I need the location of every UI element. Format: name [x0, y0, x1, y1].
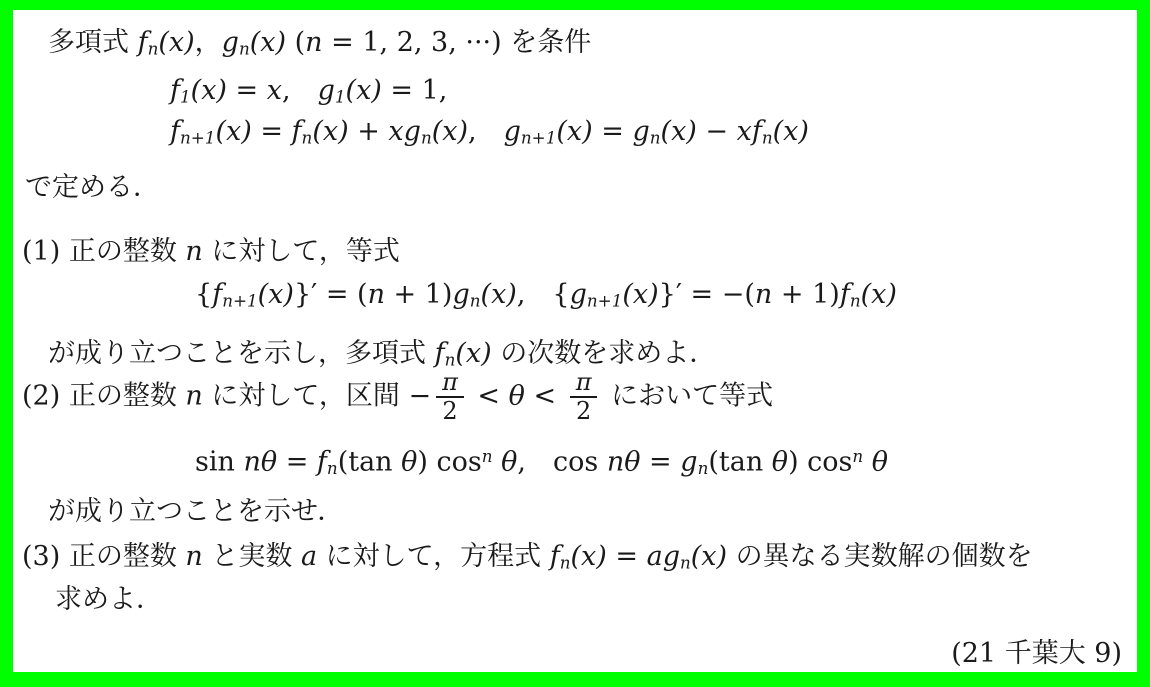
math-segment: (x)	[622, 279, 658, 310]
math-segment: xg	[388, 116, 421, 147]
text-segment: ,	[282, 75, 318, 106]
text-segment: , {	[517, 279, 570, 310]
text-segment: 多項式	[48, 27, 138, 58]
math-segment: (x)	[346, 75, 382, 106]
math-segment: x	[267, 75, 282, 106]
math-segment: g	[504, 116, 521, 147]
text-segment: }′ = (	[294, 279, 368, 310]
math-segment: f	[435, 338, 445, 369]
text-segment: −	[697, 116, 737, 147]
text-segment: + 1)	[772, 279, 840, 310]
math-segment: n	[470, 291, 481, 311]
text-segment: に対して，区間	[203, 381, 409, 412]
math-segment: 1	[335, 87, 346, 107]
math-segment: n	[560, 553, 571, 573]
math-segment: (x)	[250, 27, 286, 58]
text-segment: ，	[195, 27, 222, 58]
text-segment: ) cos	[788, 446, 852, 477]
math-segment: n	[185, 381, 202, 412]
math-segment: (x)	[481, 279, 517, 310]
math-segment: n	[368, 279, 385, 310]
math-segment: n	[698, 458, 709, 478]
fraction-numerator: π	[570, 370, 598, 396]
citation: (21 千葉大 9)	[951, 636, 1122, 672]
math-segment: xf	[737, 116, 762, 147]
math-segment: n	[421, 128, 432, 148]
math-segment: g	[452, 279, 469, 310]
part2-statement: (2) 正の整数 n に対して，区間 −π2 < θ < π2 において等式	[22, 370, 773, 424]
math-segment: nθ	[243, 446, 277, 477]
math-segment: n	[305, 27, 322, 58]
initial-conditions-equation: f1(x) = x, g1(x) = 1,	[170, 73, 447, 115]
text-segment: ,	[468, 116, 504, 147]
math-segment: (x)	[556, 116, 592, 147]
math-segment: (x)	[455, 338, 491, 369]
math-segment: n	[302, 128, 313, 148]
math-segment: n	[482, 446, 493, 466]
text-segment: =	[252, 116, 292, 147]
text-segment: (1) 正の整数	[22, 236, 185, 267]
math-segment: g	[570, 279, 587, 310]
intro-line: 多項式 fn(x)，gn(x) (n = 1, 2, 3, ···) を条件	[48, 25, 591, 67]
text-segment: <	[525, 381, 565, 412]
fraction: π2	[570, 370, 598, 424]
math-segment: θ	[401, 446, 417, 477]
math-segment: g	[222, 27, 239, 58]
text-segment: 求めよ．	[55, 584, 163, 615]
text-segment: +	[349, 116, 389, 147]
math-segment: n	[650, 128, 661, 148]
math-segment: n+1	[521, 128, 556, 148]
math-segment: (x)	[691, 541, 727, 572]
part1-equation: {fn+1(x)}′ = (n + 1)gn(x), {gn+1(x)}′ = …	[195, 277, 897, 319]
text-segment: =	[640, 446, 680, 477]
text-segment: で定める．	[25, 172, 160, 203]
math-segment: nθ	[607, 446, 641, 477]
text-segment: + 1)	[385, 279, 453, 310]
math-segment: (x)	[571, 541, 607, 572]
math-segment: f	[138, 27, 148, 58]
text-segment: (	[286, 27, 305, 58]
text-segment: (3) 正の整数	[22, 541, 185, 572]
text-segment: と実数	[203, 541, 301, 572]
math-segment: f	[840, 279, 850, 310]
math-segment: n+1	[587, 291, 622, 311]
math-segment: ag	[647, 541, 680, 572]
math-segment: n	[185, 236, 202, 267]
fraction-denominator: 2	[570, 396, 597, 424]
text-segment: (tan	[338, 446, 401, 477]
text-segment: = 1,	[382, 75, 448, 106]
math-segment: n+1	[222, 291, 257, 311]
text-segment: の異なる実数解の個数を	[727, 541, 1033, 572]
math-segment: g	[318, 75, 335, 106]
math-segment: g	[680, 446, 697, 477]
text-segment: = 1, 2, 3, ···) を条件	[323, 27, 592, 58]
math-segment: (x)	[432, 116, 468, 147]
math-segment: (x)	[773, 116, 809, 147]
math-segment: n	[148, 39, 159, 59]
math-segment: n	[185, 541, 202, 572]
math-segment: (x)	[215, 116, 251, 147]
math-segment: f	[292, 116, 302, 147]
math-segment: a	[301, 541, 317, 572]
fraction-denominator: 2	[436, 396, 463, 424]
part3-continuation: 求めよ．	[55, 582, 163, 618]
part3-statement: (3) 正の整数 n と実数 a に対して，方程式 fn(x) = agn(x)…	[22, 539, 1033, 581]
part1-statement: (1) 正の整数 n に対して，等式	[22, 234, 400, 270]
math-segment: g	[632, 116, 649, 147]
text-segment: , cos	[517, 446, 606, 477]
math-segment: n	[239, 39, 250, 59]
text-segment: (21 千葉大 9)	[951, 638, 1122, 669]
math-segment: f	[170, 75, 180, 106]
math-segment: n	[680, 553, 691, 573]
math-segment: n	[327, 458, 338, 478]
math-segment: (x)	[258, 279, 294, 310]
math-segment: n	[445, 350, 456, 370]
math-segment: n	[755, 279, 772, 310]
recurrence-equation: fn+1(x) = fn(x) + xgn(x), gn+1(x) = gn(x…	[170, 114, 809, 156]
math-segment: f	[550, 541, 560, 572]
text-segment: ) cos	[417, 446, 481, 477]
text-segment: が成り立つことを示せ．	[48, 496, 344, 527]
definition-close-line: で定める．	[25, 170, 160, 206]
math-segment: n	[852, 446, 863, 466]
text-segment: }′ = −(	[659, 279, 755, 310]
text-segment: =	[227, 75, 267, 106]
math-segment: f	[317, 446, 327, 477]
problem-sheet: 多項式 fn(x)，gn(x) (n = 1, 2, 3, ···) を条件f1…	[13, 10, 1137, 672]
math-segment: θ	[772, 446, 788, 477]
math-segment: (x)	[661, 116, 697, 147]
text-segment: の次数を求めよ．	[492, 338, 717, 369]
math-segment: (x)	[191, 75, 227, 106]
math-segment: θ	[493, 446, 518, 477]
text-segment: が成り立つことを示し，多項式	[48, 338, 435, 369]
part2-continuation: が成り立つことを示せ．	[48, 494, 344, 530]
math-segment: n	[850, 291, 861, 311]
text-segment: =	[607, 541, 647, 572]
math-segment: (x)	[312, 116, 348, 147]
text-segment: {	[195, 279, 212, 310]
text-segment: =	[593, 116, 633, 147]
math-segment: 1	[180, 87, 191, 107]
part2-equation: sin nθ = fn(tan θ) cosn θ, cos nθ = gn(t…	[195, 438, 888, 486]
math-segment: θ	[509, 381, 525, 412]
math-segment: (x)	[861, 279, 897, 310]
math-segment: −	[408, 381, 431, 412]
math-segment: (x)	[158, 27, 194, 58]
text-segment: に対して，等式	[203, 236, 400, 267]
text-segment: に対して，方程式	[317, 541, 550, 572]
math-segment: f	[170, 116, 180, 147]
math-segment: f	[212, 279, 222, 310]
fraction-numerator: π	[436, 370, 464, 396]
math-segment: n	[762, 128, 773, 148]
text-segment: sin	[195, 446, 243, 477]
text-segment: (2) 正の整数	[22, 381, 185, 412]
text-segment: =	[277, 446, 317, 477]
math-segment: n+1	[180, 128, 215, 148]
fraction: π2	[436, 370, 464, 424]
math-segment: θ	[863, 446, 888, 477]
text-segment: <	[469, 381, 509, 412]
text-segment: において等式	[602, 381, 773, 412]
text-segment: (tan	[708, 446, 771, 477]
